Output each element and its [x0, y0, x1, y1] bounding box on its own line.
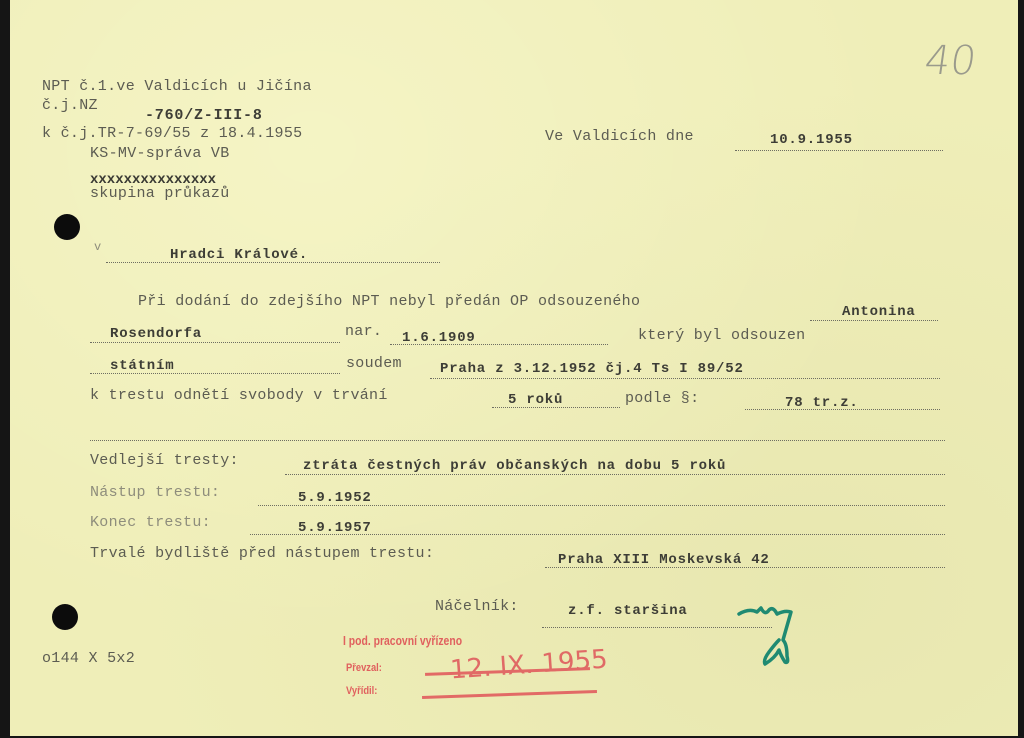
blank-dotted-line: [90, 440, 945, 441]
court-type-dotted-line: [90, 373, 340, 374]
header-line-group: skupina průkazů: [90, 185, 230, 202]
residence-dotted-line: [545, 567, 945, 568]
place-label: Ve Valdicích dne: [545, 128, 694, 145]
document-date: 10.9.1955: [770, 132, 853, 148]
header-line-ref-number: -760/Z-III-8: [145, 107, 263, 124]
field-value-secondary-penalties: ztráta čestných práv občanských na dobu …: [303, 458, 726, 474]
punch-hole-bottom: [52, 604, 78, 630]
sentence-length: 5 roků: [508, 392, 563, 408]
addressee-dotted-line: [106, 262, 440, 263]
surname: Rosendorfa: [110, 326, 202, 342]
sentence-label: k trestu odnětí svobody v trvání: [90, 387, 388, 404]
court-label: soudem: [346, 355, 402, 372]
body-intro: Při dodání do zdejšího NPT nebyl předán …: [138, 293, 640, 310]
first-name: Antonina: [842, 304, 916, 320]
date-dotted-line: [735, 150, 943, 151]
signature-label: Náčelník:: [435, 598, 519, 615]
convicted-label: který byl odsouzen: [638, 327, 805, 344]
addressee-value: Hradci Králové.: [170, 247, 308, 263]
stamp-heading: I pod. pracovní vyřízeno: [343, 633, 462, 648]
field-value-sentence-start: 5.9.1952: [298, 490, 372, 506]
law-dotted-line: [745, 409, 940, 410]
first-name-dotted-line: [810, 320, 938, 321]
sentence-dotted-line: [492, 407, 620, 408]
header-line-ref-prefix: č.j.NZ: [42, 97, 98, 114]
sentence-start-dotted-line: [258, 505, 945, 506]
header-line-institution: NPT č.1.ve Valdicích u Jičína: [42, 78, 312, 95]
court-type: státním: [110, 358, 174, 374]
form-code: o144 X 5x2: [42, 650, 135, 667]
document-page: 40 NPT č.1.ve Valdicích u Jičína č.j.NZ …: [10, 0, 1018, 736]
signature-value: z.f. staršina: [568, 603, 688, 619]
field-label-sentence-start: Nástup trestu:: [90, 484, 220, 501]
header-line-related-ref: k č.j.TR-7-69/55 z 18.4.1955: [42, 125, 302, 142]
secondary-penalties-dotted-line: [285, 474, 945, 475]
surname-dotted-line: [90, 342, 340, 343]
law-label: podle §:: [625, 390, 699, 407]
field-label-residence: Trvalé bydliště před nástupem trestu:: [90, 545, 434, 562]
addressee-prefix: v: [94, 240, 102, 254]
header-line-department: KS-MV-správa VB: [90, 145, 230, 162]
field-label-secondary-penalties: Vedlejší tresty:: [90, 452, 239, 469]
stamp-processed-label: Vyřídil:: [346, 685, 377, 697]
handwritten-signature: [735, 600, 805, 675]
born-date-dotted-line: [390, 344, 608, 345]
handwritten-page-number: 40: [922, 38, 979, 84]
court-detail: Praha z 3.12.1952 čj.4 Ts I 89/52: [440, 361, 744, 377]
stamp-line-2: [422, 690, 597, 699]
court-detail-dotted-line: [430, 378, 940, 379]
field-value-residence: Praha XIII Moskevská 42: [558, 552, 770, 568]
field-label-sentence-end: Konec trestu:: [90, 514, 211, 531]
sentence-end-dotted-line: [250, 534, 945, 535]
stamp-received-label: Převzal:: [346, 662, 382, 674]
born-label: nar.: [345, 323, 382, 340]
stamp-date: 12. IX. 1955: [449, 645, 609, 686]
punch-hole-top: [54, 214, 80, 240]
